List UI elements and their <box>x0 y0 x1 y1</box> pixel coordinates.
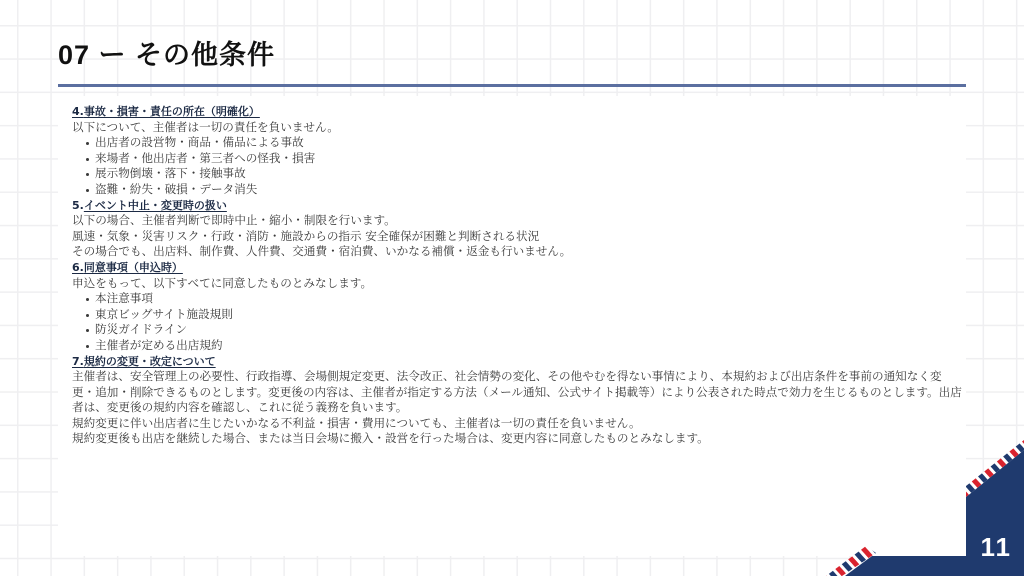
section-heading: 4.事故・損害・責任の所在（明確化） <box>72 104 962 120</box>
section-title: イベント中止・変更時の扱い <box>84 199 227 212</box>
section-line: 以下の場合、主催者判断で即時中止・縮小・制限を行います。 <box>72 213 962 229</box>
section-line: 風速・気象・災害リスク・行政・消防・施設からの指示 安全確保が困難と判断される状… <box>72 229 962 245</box>
section-number: 5. <box>72 199 84 212</box>
section-heading: 6.同意事項（申込時） <box>72 260 962 276</box>
section-paragraph: 規約変更後も出店を継続した場合、または当日会場に搬入・設営を行った場合は、変更内… <box>72 431 962 447</box>
right-chevron-stripe <box>966 440 1024 497</box>
list-item: 展示物倒壊・落下・接触事故 <box>84 166 962 182</box>
page-title: 07 ー その他条件 <box>58 38 275 72</box>
section-number: 7. <box>72 355 84 368</box>
list-item: 防災ガイドライン <box>84 322 962 338</box>
list-item: 来場者・他出店者・第三者への怪我・損害 <box>84 151 962 167</box>
list-item: 本注意事項 <box>84 291 962 307</box>
section-paragraph: 規約変更に伴い出店者に生じたいかなる不利益・損害・費用についても、主催者は一切の… <box>72 416 962 432</box>
section-intro: 以下について、主催者は一切の責任を負いません。 <box>72 120 962 136</box>
page-number: 11 <box>981 532 1013 563</box>
list-item: 盗難・紛失・破損・データ消失 <box>84 182 962 198</box>
section-heading: 7.規約の変更・改定について <box>72 354 962 370</box>
terms-content: 4.事故・損害・責任の所在（明確化） 以下について、主催者は一切の責任を負いませ… <box>72 104 962 447</box>
section-title: 事故・損害・責任の所在（明確化） <box>84 105 260 118</box>
bottom-band-shape <box>845 556 966 576</box>
section-paragraph: 主催者は、安全管理上の必要性、行政指導、会場側規定変更、法令改正、社会情勢の変化… <box>72 369 962 416</box>
section-intro: 申込をもって、以下すべてに同意したものとみなします。 <box>72 276 962 292</box>
section-title: 規約の変更・改定について <box>84 355 216 368</box>
bullet-list: 出店者の設営物・商品・備品による事故 来場者・他出店者・第三者への怪我・損害 展… <box>72 135 962 197</box>
list-item: 出店者の設営物・商品・備品による事故 <box>84 135 962 151</box>
section-number: 4. <box>72 105 84 118</box>
section-heading: 5.イベント中止・変更時の扱い <box>72 198 962 214</box>
section-number: 6. <box>72 261 84 274</box>
title-divider <box>58 84 966 87</box>
bullet-list: 本注意事項 東京ビッグサイト施設規則 防災ガイドライン 主催者が定める出店規約 <box>72 291 962 353</box>
section-line: その場合でも、出店料、制作費、人件費、交通費・宿泊費、いかなる補償・返金も行いま… <box>72 244 962 260</box>
section-title: 同意事項（申込時） <box>84 261 183 274</box>
list-item: 主催者が定める出店規約 <box>84 338 962 354</box>
list-item: 東京ビッグサイト施設規則 <box>84 307 962 323</box>
